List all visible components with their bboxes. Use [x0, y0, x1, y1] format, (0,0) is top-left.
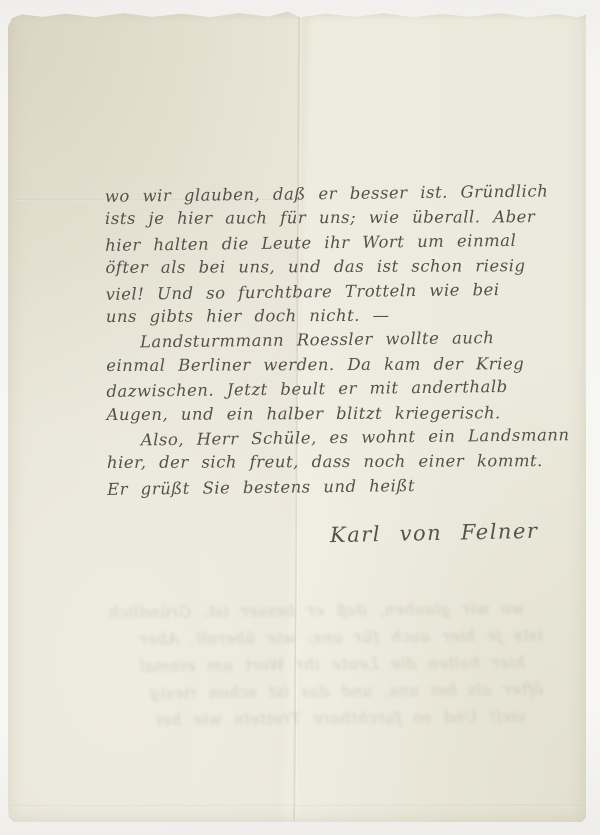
letter-body-text: wo wir glauben, daß er besser ist. Gründ…: [105, 180, 572, 501]
bleedthrough-line: viel! Und so furchtbare Trotteln wie bei: [63, 704, 525, 736]
letter-line: öfter als bei uns, und das ist schon rie…: [105, 254, 570, 280]
ink-bleedthrough: wo wir glauben, daß er besser ist. Gründ…: [62, 595, 543, 735]
photo-background: wo wir glauben, daß er besser ist. Gründ…: [0, 0, 600, 835]
letter-line: Er grüßt Sie bestens und heißt: [107, 472, 572, 502]
letter-line: dazwischen. Jetzt beult er mit anderthal…: [106, 374, 571, 404]
letter-line: Augen, und ein halber blitzt kriegerisch…: [107, 400, 572, 426]
letter-line: hier, der sich freut, dass noch einer ko…: [107, 449, 572, 475]
letter-line: Landsturmmann Roessler wollte auch: [106, 326, 571, 356]
signature: Karl von Felner: [330, 519, 539, 547]
horizontal-crease-lower: [11, 805, 583, 807]
letter-line: ists je hier auch für uns; wie überall. …: [105, 205, 570, 231]
letter-line: viel! Und so furchtbare Trotteln wie bei: [105, 277, 570, 307]
letter-paper-sheet: wo wir glauben, daß er besser ist. Gründ…: [8, 5, 586, 822]
